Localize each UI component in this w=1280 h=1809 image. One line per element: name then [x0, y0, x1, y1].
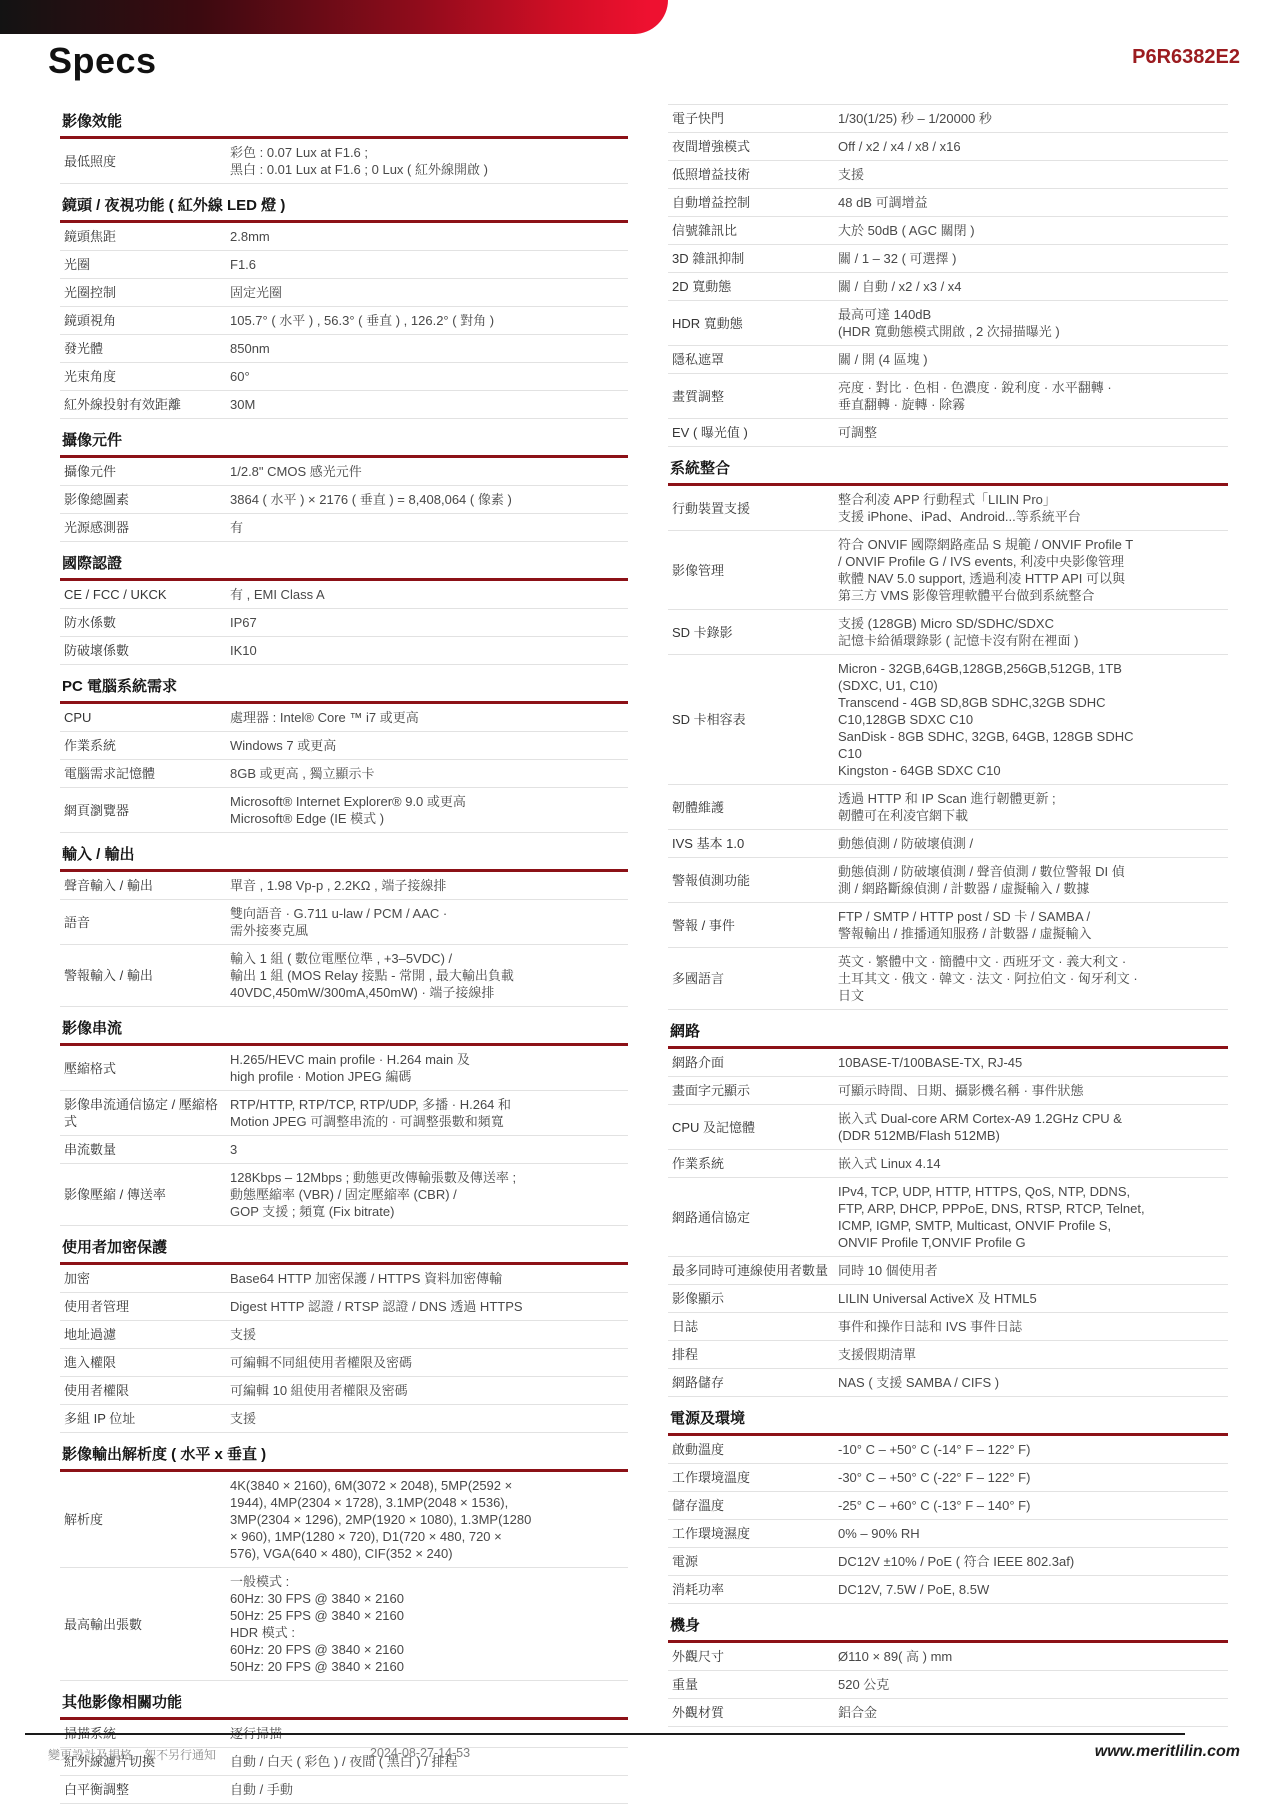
spec-label: 行動裝置支援 [668, 500, 838, 517]
spec-row: 影像顯示LILIN Universal ActiveX 及 HTML5 [668, 1285, 1228, 1313]
brand-banner [0, 0, 668, 34]
spec-label: 警報 / 事件 [668, 917, 838, 934]
spec-value: 3 [230, 1141, 628, 1158]
spec-label: 3D 雜訊抑制 [668, 250, 838, 267]
spec-value: 可顯示時間、日期、攝影機名稱 · 事件狀態 [838, 1082, 1228, 1099]
section-title: 影像串流 [60, 1008, 628, 1046]
spec-row: 影像管理符合 ONVIF 國際網路產品 S 規範 / ONVIF Profile… [668, 531, 1228, 610]
spec-row: 光束角度60° [60, 363, 628, 391]
spec-row: 多組 IP 位址支援 [60, 1405, 628, 1433]
spec-label: 外觀尺寸 [668, 1648, 838, 1665]
spec-value: 事件和操作日誌和 IVS 事件日誌 [838, 1318, 1228, 1335]
spec-row: HDR 寬動態最高可達 140dB (HDR 寬動態模式開啟 , 2 次掃描曝光… [668, 301, 1228, 346]
spec-row: 防破壞係數IK10 [60, 637, 628, 665]
spec-value: 可調整 [838, 424, 1228, 441]
spec-row: 工作環境溫度-30° C – +50° C (-22° F – 122° F) [668, 1464, 1228, 1492]
spec-row: CPU處理器 : Intel® Core ™ i7 或更高 [60, 704, 628, 732]
spec-value: 嵌入式 Linux 4.14 [838, 1155, 1228, 1172]
spec-label: 語音 [60, 914, 230, 931]
spec-label: 進入權限 [60, 1354, 230, 1371]
spec-value: 動態偵測 / 防破壞偵測 / 聲音偵測 / 數位警報 DI 偵 測 / 網路斷線… [838, 863, 1228, 897]
spec-value: 透過 HTTP 和 IP Scan 進行韌體更新 ; 韌體可在利凌官網下載 [838, 790, 1228, 824]
spec-label: IVS 基本 1.0 [668, 835, 838, 852]
spec-row: 最多同時可連線使用者數量同時 10 個使用者 [668, 1257, 1228, 1285]
spec-sheet-page: Specs P6R6382E2 影像效能最低照度彩色 : 0.07 Lux at… [0, 0, 1280, 1809]
spec-section: 鏡頭 / 夜視功能 ( 紅外線 LED 燈 )鏡頭焦距2.8mm光圈F1.6光圈… [60, 185, 628, 419]
spec-label: 電子快門 [668, 110, 838, 127]
spec-value: 有 , EMI Class A [230, 586, 628, 603]
spec-value: 105.7° ( 水平 ) , 56.3° ( 垂直 ) , 126.2° ( … [230, 312, 628, 329]
section-title: 網路 [668, 1011, 1228, 1049]
spec-row: 警報 / 事件FTP / SMTP / HTTP post / SD 卡 / S… [668, 903, 1228, 948]
spec-value: 一般模式 : 60Hz: 30 FPS @ 3840 × 2160 50Hz: … [230, 1573, 628, 1675]
spec-label: 多國語言 [668, 970, 838, 987]
spec-section: 系統整合行動裝置支援整合利凌 APP 行動程式「LILIN Pro」 支援 iP… [668, 448, 1228, 1010]
spec-row: 行動裝置支援整合利凌 APP 行動程式「LILIN Pro」 支援 iPhone… [668, 486, 1228, 531]
spec-row: 啟動溫度-10° C – +50° C (-14° F – 122° F) [668, 1436, 1228, 1464]
spec-label: 光圈 [60, 256, 230, 273]
spec-value: 30M [230, 396, 628, 413]
spec-label: 重量 [668, 1676, 838, 1693]
spec-row: 電腦需求記憶體8GB 或更高 , 獨立顯示卡 [60, 760, 628, 788]
spec-row: 發光體850nm [60, 335, 628, 363]
spec-value: 0% – 90% RH [838, 1525, 1228, 1542]
spec-label: 警報偵測功能 [668, 872, 838, 889]
spec-label: HDR 寬動態 [668, 315, 838, 332]
spec-label: 夜間增強模式 [668, 138, 838, 155]
spec-label: 外觀材質 [668, 1704, 838, 1721]
spec-value: 可編輯不同組使用者權限及密碼 [230, 1354, 628, 1371]
spec-value: -30° C – +50° C (-22° F – 122° F) [838, 1469, 1228, 1486]
spec-value: IPv4, TCP, UDP, HTTP, HTTPS, QoS, NTP, D… [838, 1183, 1228, 1251]
spec-label: 網路儲存 [668, 1374, 838, 1391]
spec-row: 3D 雜訊抑制關 / 1 – 32 ( 可選擇 ) [668, 245, 1228, 273]
spec-value: 1/2.8" CMOS 感光元件 [230, 463, 628, 480]
spec-row: 畫質調整亮度 · 對比 · 色相 · 色濃度 · 銳利度 · 水平翻轉 · 垂直… [668, 374, 1228, 419]
spec-label: 影像管理 [668, 562, 838, 579]
spec-row: 夜間增強模式Off / x2 / x4 / x8 / x16 [668, 133, 1228, 161]
spec-value: IP67 [230, 614, 628, 631]
spec-row: 電子快門1/30(1/25) 秒 – 1/20000 秒 [668, 104, 1228, 133]
spec-row: 光圈控制固定光圈 [60, 279, 628, 307]
spec-label: 自動增益控制 [668, 194, 838, 211]
spec-section: 使用者加密保護加密Base64 HTTP 加密保護 / HTTPS 資料加密傳輸… [60, 1227, 628, 1433]
spec-section: 輸入 / 輸出聲音輸入 / 輸出單音 , 1.98 Vp-p , 2.2KΩ ,… [60, 834, 628, 1007]
spec-section: 影像串流壓縮格式H.265/HEVC main profile · H.264 … [60, 1008, 628, 1226]
spec-section: 影像效能最低照度彩色 : 0.07 Lux at F1.6 ; 黑白 : 0.0… [60, 101, 628, 184]
spec-row: 2D 寬動態關 / 自動 / x2 / x3 / x4 [668, 273, 1228, 301]
spec-row: 日誌事件和操作日誌和 IVS 事件日誌 [668, 1313, 1228, 1341]
spec-value: 最高可達 140dB (HDR 寬動態模式開啟 , 2 次掃描曝光 ) [838, 306, 1228, 340]
spec-value: 亮度 · 對比 · 色相 · 色濃度 · 銳利度 · 水平翻轉 · 垂直翻轉 ·… [838, 379, 1228, 413]
spec-label: 白平衡調整 [60, 1781, 230, 1798]
spec-label: 電源 [668, 1553, 838, 1570]
footer-date: 2024-08-27-14-53 [370, 1746, 470, 1760]
section-title: PC 電腦系統需求 [60, 666, 628, 704]
spec-row: 外觀尺寸Ø110 × 89( 高 ) mm [668, 1643, 1228, 1671]
spec-value: 支援 [230, 1410, 628, 1427]
spec-value: DC12V ±10% / PoE ( 符合 IEEE 802.3af) [838, 1553, 1228, 1570]
spec-label: 解析度 [60, 1511, 230, 1528]
spec-row: 作業系統Windows 7 或更高 [60, 732, 628, 760]
spec-row: 電源DC12V ±10% / PoE ( 符合 IEEE 802.3af) [668, 1548, 1228, 1576]
spec-label: 日誌 [668, 1318, 838, 1335]
spec-label: 低照增益技術 [668, 166, 838, 183]
spec-value: 同時 10 個使用者 [838, 1262, 1228, 1279]
spec-value: RTP/HTTP, RTP/TCP, RTP/UDP, 多播 · H.264 和… [230, 1096, 628, 1130]
spec-label: 光源感測器 [60, 519, 230, 536]
spec-value: 鋁合金 [838, 1704, 1228, 1721]
spec-value: 符合 ONVIF 國際網路產品 S 規範 / ONVIF Profile T /… [838, 536, 1228, 604]
spec-value: 動態偵測 / 防破壞偵測 / [838, 835, 1228, 852]
spec-value: 有 [230, 519, 628, 536]
spec-row: 最低照度彩色 : 0.07 Lux at F1.6 ; 黑白 : 0.01 Lu… [60, 139, 628, 184]
spec-section: 電源及環境啟動溫度-10° C – +50° C (-14° F – 122° … [668, 1398, 1228, 1604]
spec-row: 作業系統嵌入式 Linux 4.14 [668, 1150, 1228, 1178]
spec-label: 光圈控制 [60, 284, 230, 301]
spec-value: 3864 ( 水平 ) × 2176 ( 垂直 ) = 8,408,064 ( … [230, 491, 628, 508]
spec-value: 128Kbps – 12Mbps ; 動態更改傳輸張數及傳送率 ; 動態壓縮率 … [230, 1169, 628, 1220]
spec-section: 攝像元件攝像元件1/2.8" CMOS 感光元件影像總圖素3864 ( 水平 )… [60, 420, 628, 542]
spec-value: 整合利凌 APP 行動程式「LILIN Pro」 支援 iPhone、iPad、… [838, 491, 1228, 525]
spec-section: 電子快門1/30(1/25) 秒 – 1/20000 秒夜間增強模式Off / … [668, 104, 1228, 447]
spec-row: 自動增益控制48 dB 可調增益 [668, 189, 1228, 217]
spec-value: 彩色 : 0.07 Lux at F1.6 ; 黑白 : 0.01 Lux at… [230, 144, 628, 178]
spec-row: 外觀材質鋁合金 [668, 1699, 1228, 1727]
spec-label: 2D 寬動態 [668, 278, 838, 295]
spec-row: 重量520 公克 [668, 1671, 1228, 1699]
spec-value: 雙向語音 · G.711 u-law / PCM / AAC · 需外接麥克風 [230, 905, 628, 939]
spec-value: 可編輯 10 組使用者權限及密碼 [230, 1382, 628, 1399]
spec-label: 紅外線投射有效距離 [60, 396, 230, 413]
spec-label: 壓縮格式 [60, 1060, 230, 1077]
spec-value: 處理器 : Intel® Core ™ i7 或更高 [230, 709, 628, 726]
spec-value: 10BASE-T/100BASE-TX, RJ-45 [838, 1054, 1228, 1071]
spec-row: 使用者權限可編輯 10 組使用者權限及密碼 [60, 1377, 628, 1405]
spec-row: 隱私遮罩關 / 開 (4 區塊 ) [668, 346, 1228, 374]
spec-row: 網路儲存NAS ( 支援 SAMBA / CIFS ) [668, 1369, 1228, 1397]
spec-label: 消耗功率 [668, 1581, 838, 1598]
spec-label: 鏡頭視角 [60, 312, 230, 329]
spec-label: 使用者權限 [60, 1382, 230, 1399]
spec-value: 支援 [838, 166, 1228, 183]
footer-disclaimer: 變更設計及規格，恕不另行通知 [48, 1746, 216, 1763]
spec-row: 排程支援假期清單 [668, 1341, 1228, 1369]
spec-row: 消耗功率DC12V, 7.5W / PoE, 8.5W [668, 1576, 1228, 1604]
spec-row: 網頁瀏覽器Microsoft® Internet Explorer® 9.0 或… [60, 788, 628, 833]
spec-label: 地址過濾 [60, 1326, 230, 1343]
spec-row: 網路通信協定IPv4, TCP, UDP, HTTP, HTTPS, QoS, … [668, 1178, 1228, 1257]
spec-label: 影像顯示 [668, 1290, 838, 1307]
spec-row: 使用者管理Digest HTTP 認證 / RTSP 認證 / DNS 透過 H… [60, 1293, 628, 1321]
spec-label: 最低照度 [60, 153, 230, 170]
spec-label: 防水係數 [60, 614, 230, 631]
spec-row: 最高輸出張數一般模式 : 60Hz: 30 FPS @ 3840 × 2160 … [60, 1568, 628, 1681]
section-title: 輸入 / 輸出 [60, 834, 628, 872]
spec-value: 850nm [230, 340, 628, 357]
spec-value: -25° C – +60° C (-13° F – 140° F) [838, 1497, 1228, 1514]
spec-label: 防破壞係數 [60, 642, 230, 659]
spec-value: 支援 (128GB) Micro SD/SDHC/SDXC 記憶卡給循環錄影 (… [838, 615, 1228, 649]
spec-row: SD 卡相容表Micron - 32GB,64GB,128GB,256GB,51… [668, 655, 1228, 785]
section-title: 攝像元件 [60, 420, 628, 458]
spec-value: 60° [230, 368, 628, 385]
spec-value: 關 / 1 – 32 ( 可選擇 ) [838, 250, 1228, 267]
spec-label: 串流數量 [60, 1141, 230, 1158]
spec-row: SD 卡錄影支援 (128GB) Micro SD/SDHC/SDXC 記憶卡給… [668, 610, 1228, 655]
spec-label: 網路通信協定 [668, 1209, 838, 1226]
spec-label: 畫面字元顯示 [668, 1082, 838, 1099]
spec-value: DC12V, 7.5W / PoE, 8.5W [838, 1581, 1228, 1598]
spec-label: 鏡頭焦距 [60, 228, 230, 245]
spec-value: 固定光圈 [230, 284, 628, 301]
spec-value: F1.6 [230, 256, 628, 273]
spec-label: 網路介面 [668, 1054, 838, 1071]
spec-value: Microsoft® Internet Explorer® 9.0 或更高 Mi… [230, 793, 628, 827]
spec-section: 影像輸出解析度 ( 水平 x 垂直 )解析度4K(3840 × 2160), 6… [60, 1434, 628, 1681]
spec-row: 紅外線投射有效距離30M [60, 391, 628, 419]
spec-value: 支援 [230, 1326, 628, 1343]
spec-label: 工作環境溫度 [668, 1469, 838, 1486]
spec-label: 影像串流通信協定 / 壓縮格式 [60, 1096, 230, 1130]
spec-row: 防水係數IP67 [60, 609, 628, 637]
spec-row: 鏡頭視角105.7° ( 水平 ) , 56.3° ( 垂直 ) , 126.2… [60, 307, 628, 335]
spec-value: 支援假期清單 [838, 1346, 1228, 1363]
spec-label: 畫質調整 [668, 388, 838, 405]
spec-row: IVS 基本 1.0動態偵測 / 防破壞偵測 / [668, 830, 1228, 858]
section-title: 其他影像相關功能 [60, 1682, 628, 1720]
spec-label: 作業系統 [668, 1155, 838, 1172]
model-number: P6R6382E2 [1132, 46, 1240, 69]
spec-label: 工作環境濕度 [668, 1525, 838, 1542]
spec-row: 光源感測器有 [60, 514, 628, 542]
spec-value: 自動 / 手動 [230, 1781, 628, 1798]
spec-row: 解析度4K(3840 × 2160), 6M(3072 × 2048), 5MP… [60, 1472, 628, 1568]
spec-label: 使用者管理 [60, 1298, 230, 1315]
spec-row: 網路介面10BASE-T/100BASE-TX, RJ-45 [668, 1049, 1228, 1077]
right-column: 電子快門1/30(1/25) 秒 – 1/20000 秒夜間增強模式Off / … [668, 104, 1228, 1727]
spec-row: 影像串流通信協定 / 壓縮格式RTP/HTTP, RTP/TCP, RTP/UD… [60, 1091, 628, 1136]
spec-row: 語音雙向語音 · G.711 u-law / PCM / AAC · 需外接麥克… [60, 900, 628, 945]
spec-label: 聲音輸入 / 輸出 [60, 877, 230, 894]
spec-value: 4K(3840 × 2160), 6M(3072 × 2048), 5MP(25… [230, 1477, 628, 1562]
spec-label: 韌體維護 [668, 799, 838, 816]
spec-value: -10° C – +50° C (-14° F – 122° F) [838, 1441, 1228, 1458]
spec-value: 520 公克 [838, 1676, 1228, 1693]
spec-section: 網路網路介面10BASE-T/100BASE-TX, RJ-45畫面字元顯示可顯… [668, 1011, 1228, 1397]
spec-value: 8GB 或更高 , 獨立顯示卡 [230, 765, 628, 782]
section-title: 影像輸出解析度 ( 水平 x 垂直 ) [60, 1434, 628, 1472]
spec-value: Micron - 32GB,64GB,128GB,256GB,512GB, 1T… [838, 660, 1228, 779]
spec-row: 聲音輸入 / 輸出單音 , 1.98 Vp-p , 2.2KΩ , 端子接線排 [60, 872, 628, 900]
spec-label: SD 卡相容表 [668, 711, 838, 728]
spec-value: 1/30(1/25) 秒 – 1/20000 秒 [838, 110, 1228, 127]
spec-label: CPU [60, 709, 230, 726]
spec-value: Ø110 × 89( 高 ) mm [838, 1648, 1228, 1665]
spec-row: 多國語言英文 · 繁體中文 · 簡體中文 · 西班牙文 · 義大利文 · 土耳其… [668, 948, 1228, 1010]
spec-row: 警報偵測功能動態偵測 / 防破壞偵測 / 聲音偵測 / 數位警報 DI 偵 測 … [668, 858, 1228, 903]
spec-value: 英文 · 繁體中文 · 簡體中文 · 西班牙文 · 義大利文 · 土耳其文 · … [838, 953, 1228, 1004]
spec-value: LILIN Universal ActiveX 及 HTML5 [838, 1290, 1228, 1307]
spec-value: Base64 HTTP 加密保護 / HTTPS 資料加密傳輸 [230, 1270, 628, 1287]
spec-label: 作業系統 [60, 737, 230, 754]
spec-row: 鏡頭焦距2.8mm [60, 223, 628, 251]
spec-value: 2.8mm [230, 228, 628, 245]
spec-label: 警報輸入 / 輸出 [60, 967, 230, 984]
spec-row: 壓縮格式H.265/HEVC main profile · H.264 main… [60, 1046, 628, 1091]
spec-label: 網頁瀏覽器 [60, 802, 230, 819]
spec-row: 光圈F1.6 [60, 251, 628, 279]
spec-row: 信號雜訊比大於 50dB ( AGC 關閉 ) [668, 217, 1228, 245]
spec-value: 大於 50dB ( AGC 關閉 ) [838, 222, 1228, 239]
spec-row: 攝像元件1/2.8" CMOS 感光元件 [60, 458, 628, 486]
spec-row: 警報輸入 / 輸出輸入 1 組 ( 數位電壓位準 , +3–5VDC) / 輸出… [60, 945, 628, 1007]
section-title: 國際認證 [60, 543, 628, 581]
spec-row: 畫面字元顯示可顯示時間、日期、攝影機名稱 · 事件狀態 [668, 1077, 1228, 1105]
spec-value: IK10 [230, 642, 628, 659]
spec-label: 信號雜訊比 [668, 222, 838, 239]
spec-row: 串流數量3 [60, 1136, 628, 1164]
spec-value: FTP / SMTP / HTTP post / SD 卡 / SAMBA / … [838, 908, 1228, 942]
spec-row: 影像壓縮 / 傳送率128Kbps – 12Mbps ; 動態更改傳輸張數及傳送… [60, 1164, 628, 1226]
spec-section: 機身外觀尺寸Ø110 × 89( 高 ) mm重量520 公克外觀材質鋁合金 [668, 1605, 1228, 1727]
page-title: Specs [48, 40, 157, 82]
spec-section: 國際認證CE / FCC / UKCK有 , EMI Class A防水係數IP… [60, 543, 628, 665]
spec-row: 進入權限可編輯不同組使用者權限及密碼 [60, 1349, 628, 1377]
spec-label: 多組 IP 位址 [60, 1410, 230, 1427]
spec-row: CPU 及記憶體嵌入式 Dual-core ARM Cortex-A9 1.2G… [668, 1105, 1228, 1150]
spec-row: 韌體維護透過 HTTP 和 IP Scan 進行韌體更新 ; 韌體可在利凌官網下… [668, 785, 1228, 830]
section-title: 機身 [668, 1605, 1228, 1643]
spec-row: EV ( 曝光值 )可調整 [668, 419, 1228, 447]
spec-label: 影像總圖素 [60, 491, 230, 508]
spec-label: SD 卡錄影 [668, 624, 838, 641]
spec-row: 低照增益技術支援 [668, 161, 1228, 189]
spec-value: Digest HTTP 認證 / RTSP 認證 / DNS 透過 HTTPS [230, 1298, 628, 1315]
spec-row: 加密Base64 HTTP 加密保護 / HTTPS 資料加密傳輸 [60, 1265, 628, 1293]
spec-row: 地址過濾支援 [60, 1321, 628, 1349]
spec-row: 影像總圖素3864 ( 水平 ) × 2176 ( 垂直 ) = 8,408,0… [60, 486, 628, 514]
spec-label: 隱私遮罩 [668, 351, 838, 368]
section-title: 電源及環境 [668, 1398, 1228, 1436]
spec-label: 儲存溫度 [668, 1497, 838, 1514]
spec-value: 48 dB 可調增益 [838, 194, 1228, 211]
section-title: 鏡頭 / 夜視功能 ( 紅外線 LED 燈 ) [60, 185, 628, 223]
spec-row: 工作環境濕度0% – 90% RH [668, 1520, 1228, 1548]
spec-section: 其他影像相關功能掃描系統逐行掃描紅外線濾片切換自動 / 白天 ( 彩色 ) / … [60, 1682, 628, 1804]
spec-label: 排程 [668, 1346, 838, 1363]
section-title: 使用者加密保護 [60, 1227, 628, 1265]
spec-value: 輸入 1 組 ( 數位電壓位準 , +3–5VDC) / 輸出 1 組 (MOS… [230, 950, 628, 1001]
spec-value: 嵌入式 Dual-core ARM Cortex-A9 1.2GHz CPU &… [838, 1110, 1228, 1144]
spec-value: 單音 , 1.98 Vp-p , 2.2KΩ , 端子接線排 [230, 877, 628, 894]
spec-label: 光束角度 [60, 368, 230, 385]
footer-website: www.meritlilin.com [1095, 1743, 1240, 1761]
spec-row: 儲存溫度-25° C – +60° C (-13° F – 140° F) [668, 1492, 1228, 1520]
spec-label: 最多同時可連線使用者數量 [668, 1262, 838, 1279]
section-title: 系統整合 [668, 448, 1228, 486]
spec-label: 加密 [60, 1270, 230, 1287]
spec-label: 攝像元件 [60, 463, 230, 480]
spec-label: EV ( 曝光值 ) [668, 424, 838, 441]
section-title: 影像效能 [60, 101, 628, 139]
spec-value: 關 / 自動 / x2 / x3 / x4 [838, 278, 1228, 295]
spec-row: 白平衡調整自動 / 手動 [60, 1776, 628, 1804]
spec-value: 關 / 開 (4 區塊 ) [838, 351, 1228, 368]
left-column: 影像效能最低照度彩色 : 0.07 Lux at F1.6 ; 黑白 : 0.0… [60, 100, 628, 1804]
spec-value: NAS ( 支援 SAMBA / CIFS ) [838, 1374, 1228, 1391]
spec-row: CE / FCC / UKCK有 , EMI Class A [60, 581, 628, 609]
spec-label: CE / FCC / UKCK [60, 586, 230, 603]
spec-label: 電腦需求記憶體 [60, 765, 230, 782]
spec-label: 發光體 [60, 340, 230, 357]
spec-value: Windows 7 或更高 [230, 737, 628, 754]
spec-label: 影像壓縮 / 傳送率 [60, 1186, 230, 1203]
spec-section: PC 電腦系統需求CPU處理器 : Intel® Core ™ i7 或更高作業… [60, 666, 628, 833]
footer-divider [25, 1733, 1185, 1735]
spec-value: Off / x2 / x4 / x8 / x16 [838, 138, 1228, 155]
spec-label: 最高輸出張數 [60, 1616, 230, 1633]
spec-value: H.265/HEVC main profile · H.264 main 及 h… [230, 1051, 628, 1085]
spec-label: CPU 及記憶體 [668, 1119, 838, 1136]
spec-label: 啟動溫度 [668, 1441, 838, 1458]
